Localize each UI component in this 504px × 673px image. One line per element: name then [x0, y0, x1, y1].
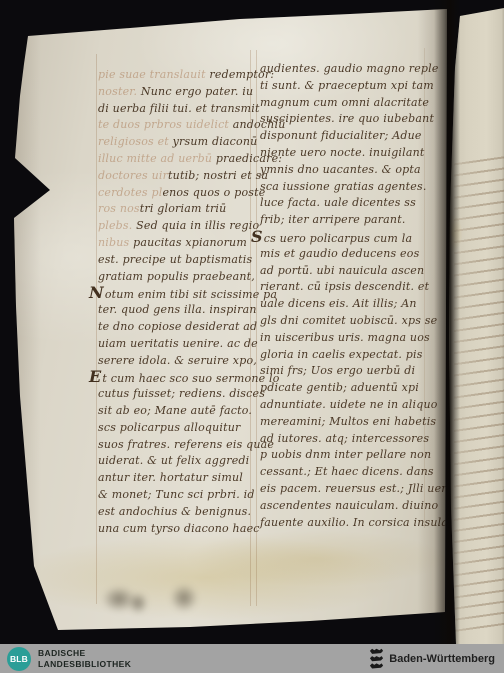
baden-wuerttemberg-coat-of-arms-icon: [369, 648, 384, 670]
manuscript-text: doctores uir: [98, 169, 168, 182]
manuscript-text: noster.: [98, 85, 137, 98]
manuscript-text: cessant.; Et haec dicens. dans: [260, 465, 434, 478]
manuscript-text-line: suos fratres. referens eis quae: [98, 437, 252, 454]
manuscript-text-line: p uobis dnm inter pellare non: [260, 447, 432, 464]
ruling-line: [250, 50, 251, 606]
manuscript-text-line: pdicate gentib; aduentū xpi: [260, 380, 432, 397]
manuscript-text: simi frs; Uos ergo uerbū di: [260, 364, 415, 377]
manuscript-text-line: cerdotes plenos quos o poste: [98, 185, 252, 202]
manuscript-text-line: pie suae translauit redemptor:: [98, 67, 252, 84]
manuscript-text: Sed quia in illis regio: [132, 219, 259, 232]
manuscript-text-line: Notum enim tibi sit scissime pa: [98, 285, 252, 302]
manuscript-text: uale dicens eis. Ait illis; An: [260, 297, 417, 310]
manuscript-text-line: disponunt fiducialiter; Adue: [260, 128, 432, 145]
manuscript-text: serere idola. & seruire xpo,: [98, 354, 257, 367]
ruling-line: [424, 48, 425, 528]
manuscript-text-line: serere idola. & seruire xpo,: [98, 353, 252, 370]
manuscript-text-line: religiosos et yrsum diaconū: [98, 134, 252, 151]
manuscript-text: ymnis dno uacantes. & opta: [260, 163, 421, 176]
manuscript-text: ad iutores. atq; intercessores: [260, 432, 429, 445]
manuscript-text: Nunc ergo pater. iu: [137, 85, 253, 98]
manuscript-text: antur iter. hortatur simul: [98, 471, 243, 484]
manuscript-text-line: uiam ueritatis uenire. ac de: [98, 336, 252, 353]
ruling-line: [96, 54, 97, 604]
manuscript-text: pie suae translauit: [98, 68, 206, 81]
manuscript-text: mereamini; Multos eni habetis: [260, 415, 436, 428]
manuscript-text: te duos prbros uidelict: [98, 118, 229, 131]
manuscript-text: gloria in caelis expectat. pis: [260, 348, 423, 361]
manuscript-text: fauente auxilio. In corsica insula: [260, 516, 448, 529]
footer-bar: BLB BADISCHE LANDESBIBLIOTHEK Baden-Würt…: [0, 644, 504, 673]
illuminated-initial: S: [251, 227, 263, 246]
manuscript-text-line: te dno copiose desiderat ad: [98, 319, 252, 336]
manuscript-text: ros nos: [98, 202, 140, 215]
right-text-column: audientes. gaudio magno repleti sunt. & …: [260, 61, 432, 531]
gutter-shadow: [434, 0, 460, 645]
manuscript-text: est andochius & benignus.: [98, 505, 251, 518]
manuscript-text-line: gratiam populis praebeant,: [98, 269, 252, 286]
manuscript-text-line: scs policarpus alloquitur: [98, 420, 252, 437]
ruling-line: [256, 50, 257, 606]
manuscript-text-line: ti sunt. & praeceptum xpi tam: [260, 78, 432, 95]
left-text-column: pie suae translauit redemptor:noster. Nu…: [98, 67, 252, 537]
manuscript-text-line: uale dicens eis. Ait illis; An: [260, 296, 432, 313]
manuscript-text: enos quos o poste: [162, 186, 265, 199]
manuscript-text-line: doctores uirtutib; nostri et sa: [98, 168, 252, 185]
manuscript-text-line: frib; iter arripere parant.: [260, 212, 432, 229]
manuscript-text: te dno copiose desiderat ad: [98, 320, 257, 333]
manuscript-text-line: ascendentes nauiculam. diuino: [260, 498, 432, 515]
manuscript-text: plebs.: [98, 219, 132, 232]
manuscript-text-line: & monet; Tunc sci prbri. id: [98, 487, 252, 504]
manuscript-text: paucitas xpianorum: [129, 236, 247, 249]
manuscript-text: niente uero nocte. inuigilant: [260, 146, 425, 159]
manuscript-text-line: illuc mitte ad uerbū praedicare:: [98, 151, 252, 168]
manuscript-text: suos fratres. referens eis quae: [98, 438, 274, 451]
manuscript-text: mis et gaudio deducens eos: [260, 247, 419, 260]
manuscript-text: una cum tyrso diacono haec: [98, 522, 260, 535]
manuscript-text-line: sca iussione gratias agentes.: [260, 179, 432, 196]
manuscript-text-line: gls dni comitet uobiscū. xps se: [260, 313, 432, 330]
manuscript-text: ascendentes nauiculam. diuino: [260, 499, 438, 512]
manuscript-text-line: suscipientes. ire quo iubebant: [260, 111, 432, 128]
manuscript-text-line: cutus fuisset; rediens. disces: [98, 386, 252, 403]
manuscript-text: est. precipe ut baptismatis: [98, 253, 252, 266]
manuscript-text-line: ad iutores. atq; intercessores: [260, 431, 432, 448]
manuscript-text-line: eis pacem. reuersus est.; Jlli uero: [260, 481, 432, 498]
manuscript-text: rierant. cū ipsis descendit. et: [260, 280, 429, 293]
illuminated-initial: N: [89, 283, 104, 302]
blb-logo-text: BLB: [10, 654, 28, 664]
library-name-line2: LANDESBIBLIOTHEK: [38, 659, 131, 670]
library-name-line1: BADISCHE: [38, 648, 131, 659]
manuscript-text: yrsum diaconū: [169, 135, 258, 148]
manuscript-text-line: nibus paucitas xpianorum: [98, 235, 252, 252]
manuscript-text-line: una cum tyrso diacono haec: [98, 521, 252, 538]
manuscript-text: in uisceribus uris. magna uos: [260, 331, 430, 344]
manuscript-text-line: est andochius & benignus.: [98, 504, 252, 521]
stain: [170, 584, 198, 612]
manuscript-text-line: plebs. Sed quia in illis regio: [98, 218, 252, 235]
manuscript-text-line: ad portū. ubi nauicula ascen: [260, 263, 432, 280]
stain: [102, 586, 136, 612]
illuminated-initial: E: [89, 367, 101, 386]
manuscript-text: uiderat. & ut felix aggredi: [98, 454, 249, 467]
manuscript-text: ad portū. ubi nauicula ascen: [260, 264, 424, 277]
manuscript-text: nibus: [98, 236, 129, 249]
manuscript-text: p uobis dnm inter pellare non: [260, 448, 431, 461]
manuscript-text: disponunt fiducialiter; Adue: [260, 129, 422, 142]
manuscript-text: andochiū: [229, 118, 285, 131]
manuscript-text-line: ros nostri gloriam triū: [98, 201, 252, 218]
manuscript-text: cutus fuisset; rediens. disces: [98, 387, 265, 400]
library-branding: BLB BADISCHE LANDESBIBLIOTHEK: [0, 647, 131, 671]
state-branding: Baden-Württemberg: [369, 648, 504, 670]
manuscript-text: praedicare:: [212, 152, 282, 165]
manuscript-text: & monet; Tunc sci prbri. id: [98, 488, 255, 501]
manuscript-text-line: luce facta. uale dicentes ss: [260, 195, 432, 212]
manuscript-text-line: niente uero nocte. inuigilant: [260, 145, 432, 162]
manuscript-text-line: in uisceribus uris. magna uos: [260, 330, 432, 347]
manuscript-text-line: adnuntiate. uidete ne in aliquo: [260, 397, 432, 414]
library-name: BADISCHE LANDESBIBLIOTHEK: [38, 648, 131, 669]
manuscript-text: ter. quod gens illa. inspiran: [98, 303, 257, 316]
manuscript-text: uiam ueritatis uenire. ac de: [98, 337, 258, 350]
manuscript-text-line: fauente auxilio. In corsica insula: [260, 515, 432, 532]
manuscript-text: otum enim tibi sit scissime pa: [105, 288, 277, 301]
manuscript-text: cs uero policarpus cum la: [264, 232, 412, 245]
manuscript-text: ti sunt. & praeceptum xpi tam: [260, 79, 434, 92]
manuscript-text: tri gloriam triū: [140, 202, 227, 215]
manuscript-text: magnum cum omni alacritate: [260, 96, 429, 109]
manuscript-text: eis pacem. reuersus est.; Jlli uero: [260, 482, 454, 495]
manuscript-text-line: antur iter. hortatur simul: [98, 470, 252, 487]
manuscript-text-line: est. precipe ut baptismatis: [98, 252, 252, 269]
manuscript-text-line: noster. Nunc ergo pater. iu: [98, 84, 252, 101]
manuscript-text: redemptor:: [206, 68, 275, 81]
manuscript-text: sit ab eo; Mane autē facto.: [98, 404, 252, 417]
manuscript-text: scs policarpus alloquitur: [98, 421, 241, 434]
state-name: Baden-Württemberg: [389, 653, 495, 665]
manuscript-text-line: simi frs; Uos ergo uerbū di: [260, 363, 432, 380]
manuscript-text-line: mis et gaudio deducens eos: [260, 246, 432, 263]
manuscript-text: cerdotes pl: [98, 186, 162, 199]
manuscript-text-line: magnum cum omni alacritate: [260, 95, 432, 112]
manuscript-text: gratiam populis praebeant,: [98, 270, 255, 283]
manuscript-text: pdicate gentib; aduentū xpi: [260, 381, 419, 394]
manuscript-page: pie suae translauit redemptor:noster. Nu…: [10, 6, 448, 634]
manuscript-text: religiosos et: [98, 135, 169, 148]
manuscript-text-line: di uerba filii tui. et transmit: [98, 101, 252, 118]
manuscript-text-line: audientes. gaudio magno reple: [260, 61, 432, 78]
manuscript-text: illuc mitte ad uerbū: [98, 152, 212, 165]
manuscript-text: gls dni comitet uobiscū. xps se: [260, 314, 437, 327]
manuscript-text-line: mereamini; Multos eni habetis: [260, 414, 432, 431]
manuscript-text-line: gloria in caelis expectat. pis: [260, 347, 432, 364]
manuscript-text-line: rierant. cū ipsis descendit. et: [260, 279, 432, 296]
manuscript-text: di uerba filii tui. et transmit: [98, 102, 260, 115]
manuscript-text-line: sit ab eo; Mane autē facto.: [98, 403, 252, 420]
manuscript-text: luce facta. uale dicentes ss: [260, 196, 416, 209]
manuscript-text: t cum haec sco suo sermone lo: [102, 372, 279, 385]
manuscript-text: audientes. gaudio magno reple: [260, 62, 439, 75]
manuscript-text-line: te duos prbros uidelict andochiū: [98, 117, 252, 134]
manuscript-text-line: Scs uero policarpus cum la: [260, 229, 432, 246]
manuscript-text: frib; iter arripere parant.: [260, 213, 406, 226]
manuscript-text: sca iussione gratias agentes.: [260, 180, 427, 193]
blb-logo: BLB: [7, 647, 31, 671]
manuscript-text-line: cessant.; Et haec dicens. dans: [260, 464, 432, 481]
manuscript-text-line: ter. quod gens illa. inspiran: [98, 302, 252, 319]
manuscript-text: suscipientes. ire quo iubebant: [260, 112, 434, 125]
stain: [128, 592, 148, 614]
manuscript-text: tutib; nostri et sa: [168, 169, 268, 182]
manuscript-text-line: ymnis dno uacantes. & opta: [260, 162, 432, 179]
manuscript-text-line: uiderat. & ut felix aggredi: [98, 453, 252, 470]
manuscript-text-line: Et cum haec sco suo sermone lo: [98, 369, 252, 386]
manuscript-text: adnuntiate. uidete ne in aliquo: [260, 398, 438, 411]
